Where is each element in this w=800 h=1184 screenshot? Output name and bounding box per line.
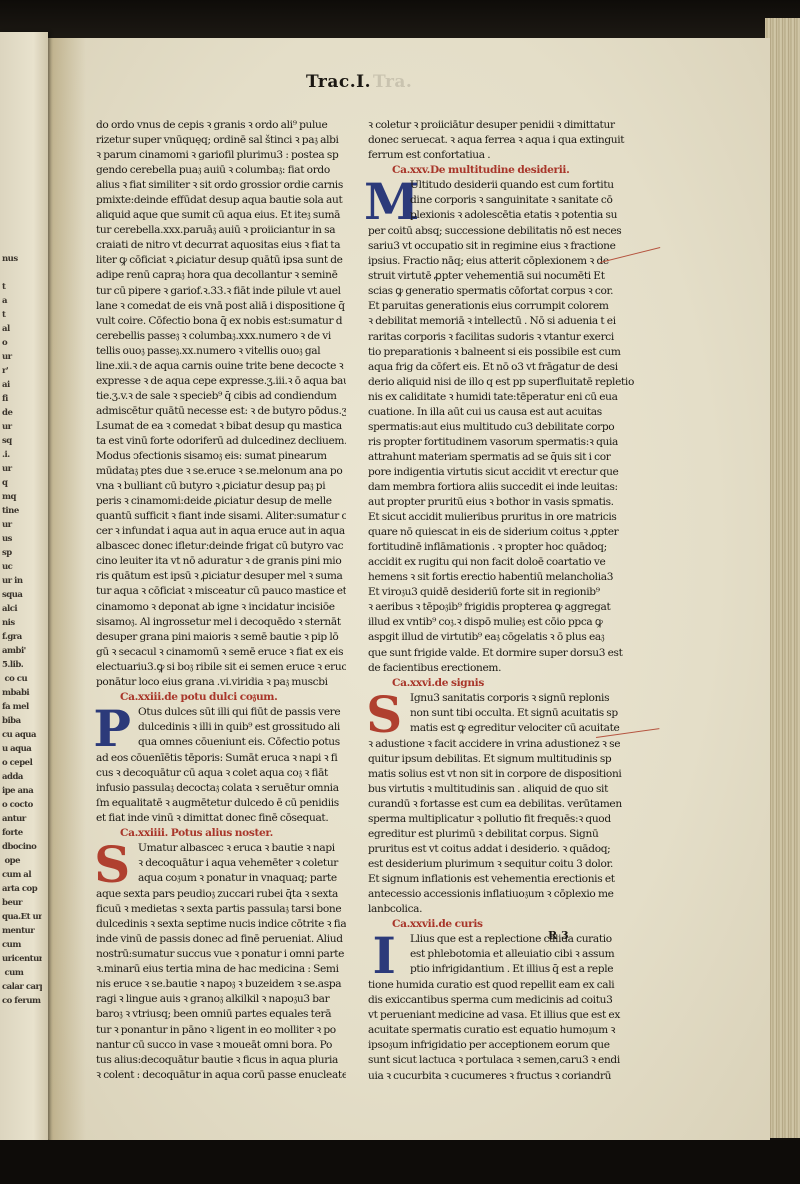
- text-line: curandū ꝛ fortasse est cum ea debilitas.…: [368, 797, 638, 812]
- text-line: tione humida curatio est quod repellit e…: [368, 978, 638, 993]
- text-line: gendo cerebella pua𝔷 auiū ꝛ columba𝔷: fi…: [96, 163, 346, 178]
- decorated-initial: M: [364, 180, 404, 224]
- text-line: cuatione. In illa aūt cui us causa est a…: [368, 405, 638, 420]
- text-line: attrahunt materiam spermatis ad se q̄uis…: [368, 450, 638, 465]
- text-line: Et viro𝔷u3 quidē desideriū forte sit in …: [368, 585, 638, 600]
- text-line: cerebellis passe𝔷 ꝛ columba𝔷.xxx.numero …: [96, 329, 346, 344]
- text-line: Ultitudo desiderii quando est cum fortit…: [410, 178, 638, 193]
- text-line: craiati de nitro vt decurrat aquositas e…: [96, 238, 346, 253]
- scan-background-bottom: [0, 1140, 800, 1184]
- running-head: Trac.I.Tra.: [306, 72, 412, 92]
- text-line: de facientibus erectionem.: [368, 661, 638, 676]
- text-line: vult coire. Cōfectio bona q̄ ex nobis es…: [96, 314, 346, 329]
- text-line: rizetur super vnūquęq; ordinē sal štinci…: [96, 133, 346, 148]
- decorated-initial: I: [364, 934, 404, 978]
- text-line: donec seruecat. ꝛ aqua ferrea ꝛ aqua i q…: [368, 133, 638, 148]
- text-line: fortitudinē inflāmationis . ꝛ propter ho…: [368, 540, 638, 555]
- page-fore-edge: [765, 18, 800, 1138]
- text-line: aqua co𝔷um ꝛ ponatur in vnaquaq; parte: [138, 871, 346, 886]
- text-line: ipso𝔷um infrigidatio per acceptionem eor…: [368, 1038, 638, 1053]
- text-line: ris quātum est ipsū ꝛ ꝓiciatur desuper m…: [96, 569, 346, 584]
- text-line: cinamomo ꝛ deponat ab igne ꝛ incidatur i…: [96, 600, 346, 615]
- text-line: alius ꝛ fiat similiter ꝛ sit ordo grossi…: [96, 178, 346, 193]
- text-line: non sunt tibi occulta. Et signū acuitati…: [410, 706, 638, 721]
- gutter-shadow: [46, 38, 86, 1160]
- text-line: Llius que est a replectione calida curat…: [410, 932, 638, 947]
- text-line: quitur ipsum debilitas. Et signum multit…: [368, 752, 638, 767]
- text-line: ta est vinū forte odoriferū ad dulcedine…: [96, 434, 346, 449]
- previous-leaf-edge: nus t a t al o ur r' ai fi de ur sq .i. …: [0, 32, 48, 1162]
- text-line: Otus dulces sūt illi qui fiūt de passis …: [138, 705, 346, 720]
- text-line: do ordo vnus de cepis ꝛ granis ꝛ ordo al…: [96, 118, 346, 133]
- decorated-initial: S: [92, 843, 132, 887]
- text-line: inde vinū de passis donec ad finē peruen…: [96, 932, 346, 947]
- text-line: matis est ꝙ egreditur velociter cū acuit…: [410, 721, 638, 736]
- text-line: dine corporis ꝛ sanguinitate ꝛ sanitate …: [410, 193, 638, 208]
- text-line: acuitate spermatis curatio est equatio h…: [368, 1023, 638, 1038]
- text-line: ꝛ coletur ꝛ proiiciātur desuper penidii …: [368, 118, 638, 133]
- text-line: ꝛ parum cinamomi ꝛ gariofil plurimu3 : p…: [96, 148, 346, 163]
- text-line: uia ꝛ cucurbita ꝛ cucumeres ꝛ fructus ꝛ …: [368, 1069, 638, 1084]
- decorated-initial: S: [364, 693, 404, 737]
- text-line: aut propter pruritū eius ꝛ bothor in vas…: [368, 495, 638, 510]
- text-line: tellis ouo𝔷 passe𝔷.xx.numero ꝛ vitellis …: [96, 344, 346, 359]
- text-line: tio preparationis ꝛ balneent si eis poss…: [368, 345, 638, 360]
- text-line: nantur cū succo in vase ꝛ moueāt omni bo…: [96, 1038, 346, 1053]
- left-text-column: do ordo vnus de cepis ꝛ granis ꝛ ordo al…: [96, 118, 346, 1083]
- text-line: lanbcolica.: [368, 902, 638, 917]
- text-line: antecessio accessionis inflatiuo𝔷um ꝛ cō…: [368, 887, 638, 902]
- text-line: ꝛ decoquātur i aqua vehemēter ꝛ coletur: [138, 856, 346, 871]
- text-line: ſm equalitatē ꝛ augmētetur dulcedo ē cū …: [96, 796, 346, 811]
- text-line: nis ex caliditate ꝛ humidi tate:tēperatu…: [368, 390, 638, 405]
- text-line: electuariu3.ꝙ si bo𝔷 ribile sit ei semen…: [96, 660, 346, 675]
- text-line: sunt sicut lactuca ꝛ portulaca ꝛ semen,c…: [368, 1053, 638, 1068]
- text-line: aspgit illud de virtutib⁹ ea𝔷 cōgelatis …: [368, 630, 638, 645]
- text-line: Lsumat de ea ꝛ comedat ꝛ bibat desup qu …: [96, 419, 346, 434]
- text-line: dam membra fortiora aliis succedit ei in…: [368, 480, 638, 495]
- text-line: adipe renū capra𝔷 hora qua decollantur ꝛ…: [96, 268, 346, 283]
- text-line: est desiderium plurimum ꝛ sequitur coitu…: [368, 857, 638, 872]
- text-line: desuper grana pini maioris ꝛ semē bautie…: [96, 630, 346, 645]
- text-line: bus virtutis ꝛ multitudinis san . aliqui…: [368, 782, 638, 797]
- text-line: Umatur albascec ꝛ eruca ꝛ bautie ꝛ napi: [138, 841, 346, 856]
- text-line: quantū sufficit ꝛ fiant inde sisami. Ali…: [96, 509, 346, 524]
- chapter-heading: Ca.xxiii.de potu dulci co𝔷um.: [96, 690, 346, 705]
- text-line: expresse ꝛ de aqua cepe expresse.ʒ.iii.ꝛ…: [96, 374, 346, 389]
- text-line: accidit ex rugitu qui non facit doloē co…: [368, 555, 638, 570]
- chapter-heading: Ca.xxiiii. Potus alius noster.: [96, 826, 346, 841]
- text-line: tur aqua ꝛ cōficiat ꝛ misceatur cū pauco…: [96, 584, 346, 599]
- text-line: Et signum inflationis est vehementia ere…: [368, 872, 638, 887]
- text-line: sisamo𝔷. Al ingrossetur mel i decoquēdo …: [96, 615, 346, 630]
- chapter-heading: Ca.xxvi.de signis: [368, 676, 638, 691]
- text-line: ponātur loco eius grana .vi.viridia ꝛ pa…: [96, 675, 346, 690]
- text-line: infusio passula𝔷 decocta𝔷 colata ꝛ seruē…: [96, 781, 346, 796]
- text-line: baro𝔷 ꝛ vtriusq; been omniū partes equal…: [96, 1007, 346, 1022]
- text-line: sperma multiplicatur ꝛ pollutio fit freq…: [368, 812, 638, 827]
- decorated-initial: P: [92, 707, 132, 751]
- text-line: per coitū absq; successione debilitatis …: [368, 224, 638, 239]
- text-line: et fiat inde vinū ꝛ dimittat donec finē …: [96, 811, 346, 826]
- text-line: nostrū:sumatur succus vue ꝛ ponatur i om…: [96, 947, 346, 962]
- text-line: nis eruce ꝛ se.bautie ꝛ napo𝔷 ꝛ buzeidem…: [96, 977, 346, 992]
- text-line: mūdata𝔷 ptes due ꝛ se.eruce ꝛ se.melonum…: [96, 464, 346, 479]
- text-line: est phlebotomia et alleuiatio cibi ꝛ ass…: [410, 947, 638, 962]
- text-line: cer ꝛ infundat i aqua aut in aqua eruce …: [96, 524, 346, 539]
- previous-leaf-margin-text: nus t a t al o ur r' ai fi de ur sq .i. …: [2, 252, 42, 1008]
- text-line: dis exiccantibus sperma cum medicinis ad…: [368, 993, 638, 1008]
- text-line: ad eos cōuenīētis tēporis: Sumāt eruca ꝛ…: [96, 751, 346, 766]
- chapter-heading: Ca.xxv.De multitudine desiderii.: [368, 163, 638, 178]
- text-line: cino leuiter ita vt nō aduratur ꝛ de gra…: [96, 554, 346, 569]
- text-line: vna ꝛ bulliant cū butyro ꝛ ꝓiciatur desu…: [96, 479, 346, 494]
- text-line: hemens ꝛ sit fortis erectio habentiū mel…: [368, 570, 638, 585]
- text-line: admiscētur quātū necesse est: ꝛ de butyr…: [96, 404, 346, 419]
- text-line: ꝛ colent : decoquātur in aqua corū passe…: [96, 1068, 346, 1083]
- text-line: derio aliquid nisi de illo q est pp supe…: [368, 375, 638, 390]
- text-line: dulcedinis ꝛ illi in quib⁹ est grossitud…: [138, 720, 346, 735]
- text-line: dulcedinis ꝛ sexta septime nucis indice …: [96, 917, 346, 932]
- text-line: ꝛ.minarū eius tertia mina de hac medicin…: [96, 962, 346, 977]
- text-line: pore indigentia virtutis sicut accidit v…: [368, 465, 638, 480]
- text-line: que sunt frigide valde. Et dormire super…: [368, 646, 638, 661]
- text-line: sariu3 vt occupatio sit in regimine eius…: [368, 239, 638, 254]
- text-line: Et sicut accidit mulieribus pruritus in …: [368, 510, 638, 525]
- text-line: albascec donec ifletur:deinde frigat cū …: [96, 539, 346, 554]
- text-line: spermatis:aut eius multitudo cu3 debilit…: [368, 420, 638, 435]
- text-line: vt perueniant medicine ad vasa. Et illiu…: [368, 1008, 638, 1023]
- text-line: ptio infrigidantium . Et illius q̄ est a…: [410, 962, 638, 977]
- text-line: Ignu3 sanitatis corporis ꝛ signū reploni…: [410, 691, 638, 706]
- show-through-text: Tra.: [373, 72, 412, 92]
- text-line: struit virtutē ꝓpter vehementiā sui nocu…: [368, 269, 638, 284]
- text-line: tie.ʒ.v.ꝛ de sale ꝛ specieb⁹ q̄ cibis ad…: [96, 389, 346, 404]
- chapter-heading: Ca.xxvii.de curis: [368, 917, 638, 932]
- text-line: matis solius est vt non sit in corpore d…: [368, 767, 638, 782]
- right-text-column: ꝛ coletur ꝛ proiiciātur desuper penidii …: [368, 118, 638, 1084]
- text-line: egreditur est plurimū ꝛ debilitat corpus…: [368, 827, 638, 842]
- text-line: ipsius. Fractio nāq; eius atterit cōplex…: [368, 254, 638, 269]
- text-line: cus ꝛ decoquātur cū aqua ꝛ colet aqua co…: [96, 766, 346, 781]
- text-line: illud ex vntib⁹ co𝔷.ꝛ dispō mulie𝔷 est c…: [368, 615, 638, 630]
- text-line: pmixte:deinde effūdat desup aqua bautie …: [96, 193, 346, 208]
- text-line: lane ꝛ comedat de eis vnā post aliā i di…: [96, 299, 346, 314]
- text-line: Modus ↄfectionis sisamo𝔷 eis: sumat pine…: [96, 449, 346, 464]
- text-line: tur cerebella.xxx.paruā𝔷 auiū ꝛ proiicia…: [96, 223, 346, 238]
- running-head-text: Trac.I.: [306, 72, 371, 92]
- text-line: ꝛ debilitat memoriā ꝛ intellectū . Nō si…: [368, 314, 638, 329]
- text-line: raritas corporis ꝛ facilitas sudoris ꝛ v…: [368, 330, 638, 345]
- text-line: aliquid aque que sumit cū aqua eius. Et …: [96, 208, 346, 223]
- text-line: liter ꝙ cōficiat ꝛ ꝓiciatur desup quātū …: [96, 253, 346, 268]
- text-line: ris propter fortitudinem vasorum spermat…: [368, 435, 638, 450]
- text-line: peris ꝛ cinamomi:deide ꝓiciatur desup de…: [96, 494, 346, 509]
- text-line: tur cū pipere ꝛ gariof.ꝛ.33.ꝛ fiāt inde …: [96, 284, 346, 299]
- text-line: aqua frig da cōfert eis. Et nō o3 vt frā…: [368, 360, 638, 375]
- text-line: plexionis ꝛ adolescētia etatis ꝛ potenti…: [410, 208, 638, 223]
- text-line: qua omnes cōueniunt eis. Cōfectio potus: [138, 735, 346, 750]
- text-line: ferrum est confortatiua .: [368, 148, 638, 163]
- text-line: ragi ꝛ lingue auis ꝛ grano𝔷 alkilkil ꝛ n…: [96, 992, 346, 1007]
- text-line: tur ꝛ ponantur in pāno ꝛ ligent in eo mo…: [96, 1023, 346, 1038]
- text-line: ꝛ adustione ꝛ facit accidere in vrina ad…: [368, 737, 638, 752]
- text-line: aque sexta pars peudio𝔷 zuccari rubei q̄…: [96, 887, 346, 902]
- text-line: line.xii.ꝛ de aqua carnis ouine trite be…: [96, 359, 346, 374]
- text-line: ficuū ꝛ medietas ꝛ sexta partis passula𝔷…: [96, 902, 346, 917]
- text-line: ꝛ aeribus ꝛ tēpo𝔷ib⁹ frigidis propterea …: [368, 600, 638, 615]
- text-line: scias ꝙ generatio spermatis cōfortat cor…: [368, 284, 638, 299]
- text-line: gū ꝛ secacul ꝛ cinamomū ꝛ semē eruce ꝛ f…: [96, 645, 346, 660]
- text-line: pruritus est vt coitus addat i desiderio…: [368, 842, 638, 857]
- text-line: quare nō quiescat in eis de siderium coi…: [368, 525, 638, 540]
- text-line: Et paruitas generationis eius corrumpit …: [368, 299, 638, 314]
- signature-mark: R 3: [548, 929, 569, 942]
- text-line: tus alius:decoquātur bautie ꝛ ficus in a…: [96, 1053, 346, 1068]
